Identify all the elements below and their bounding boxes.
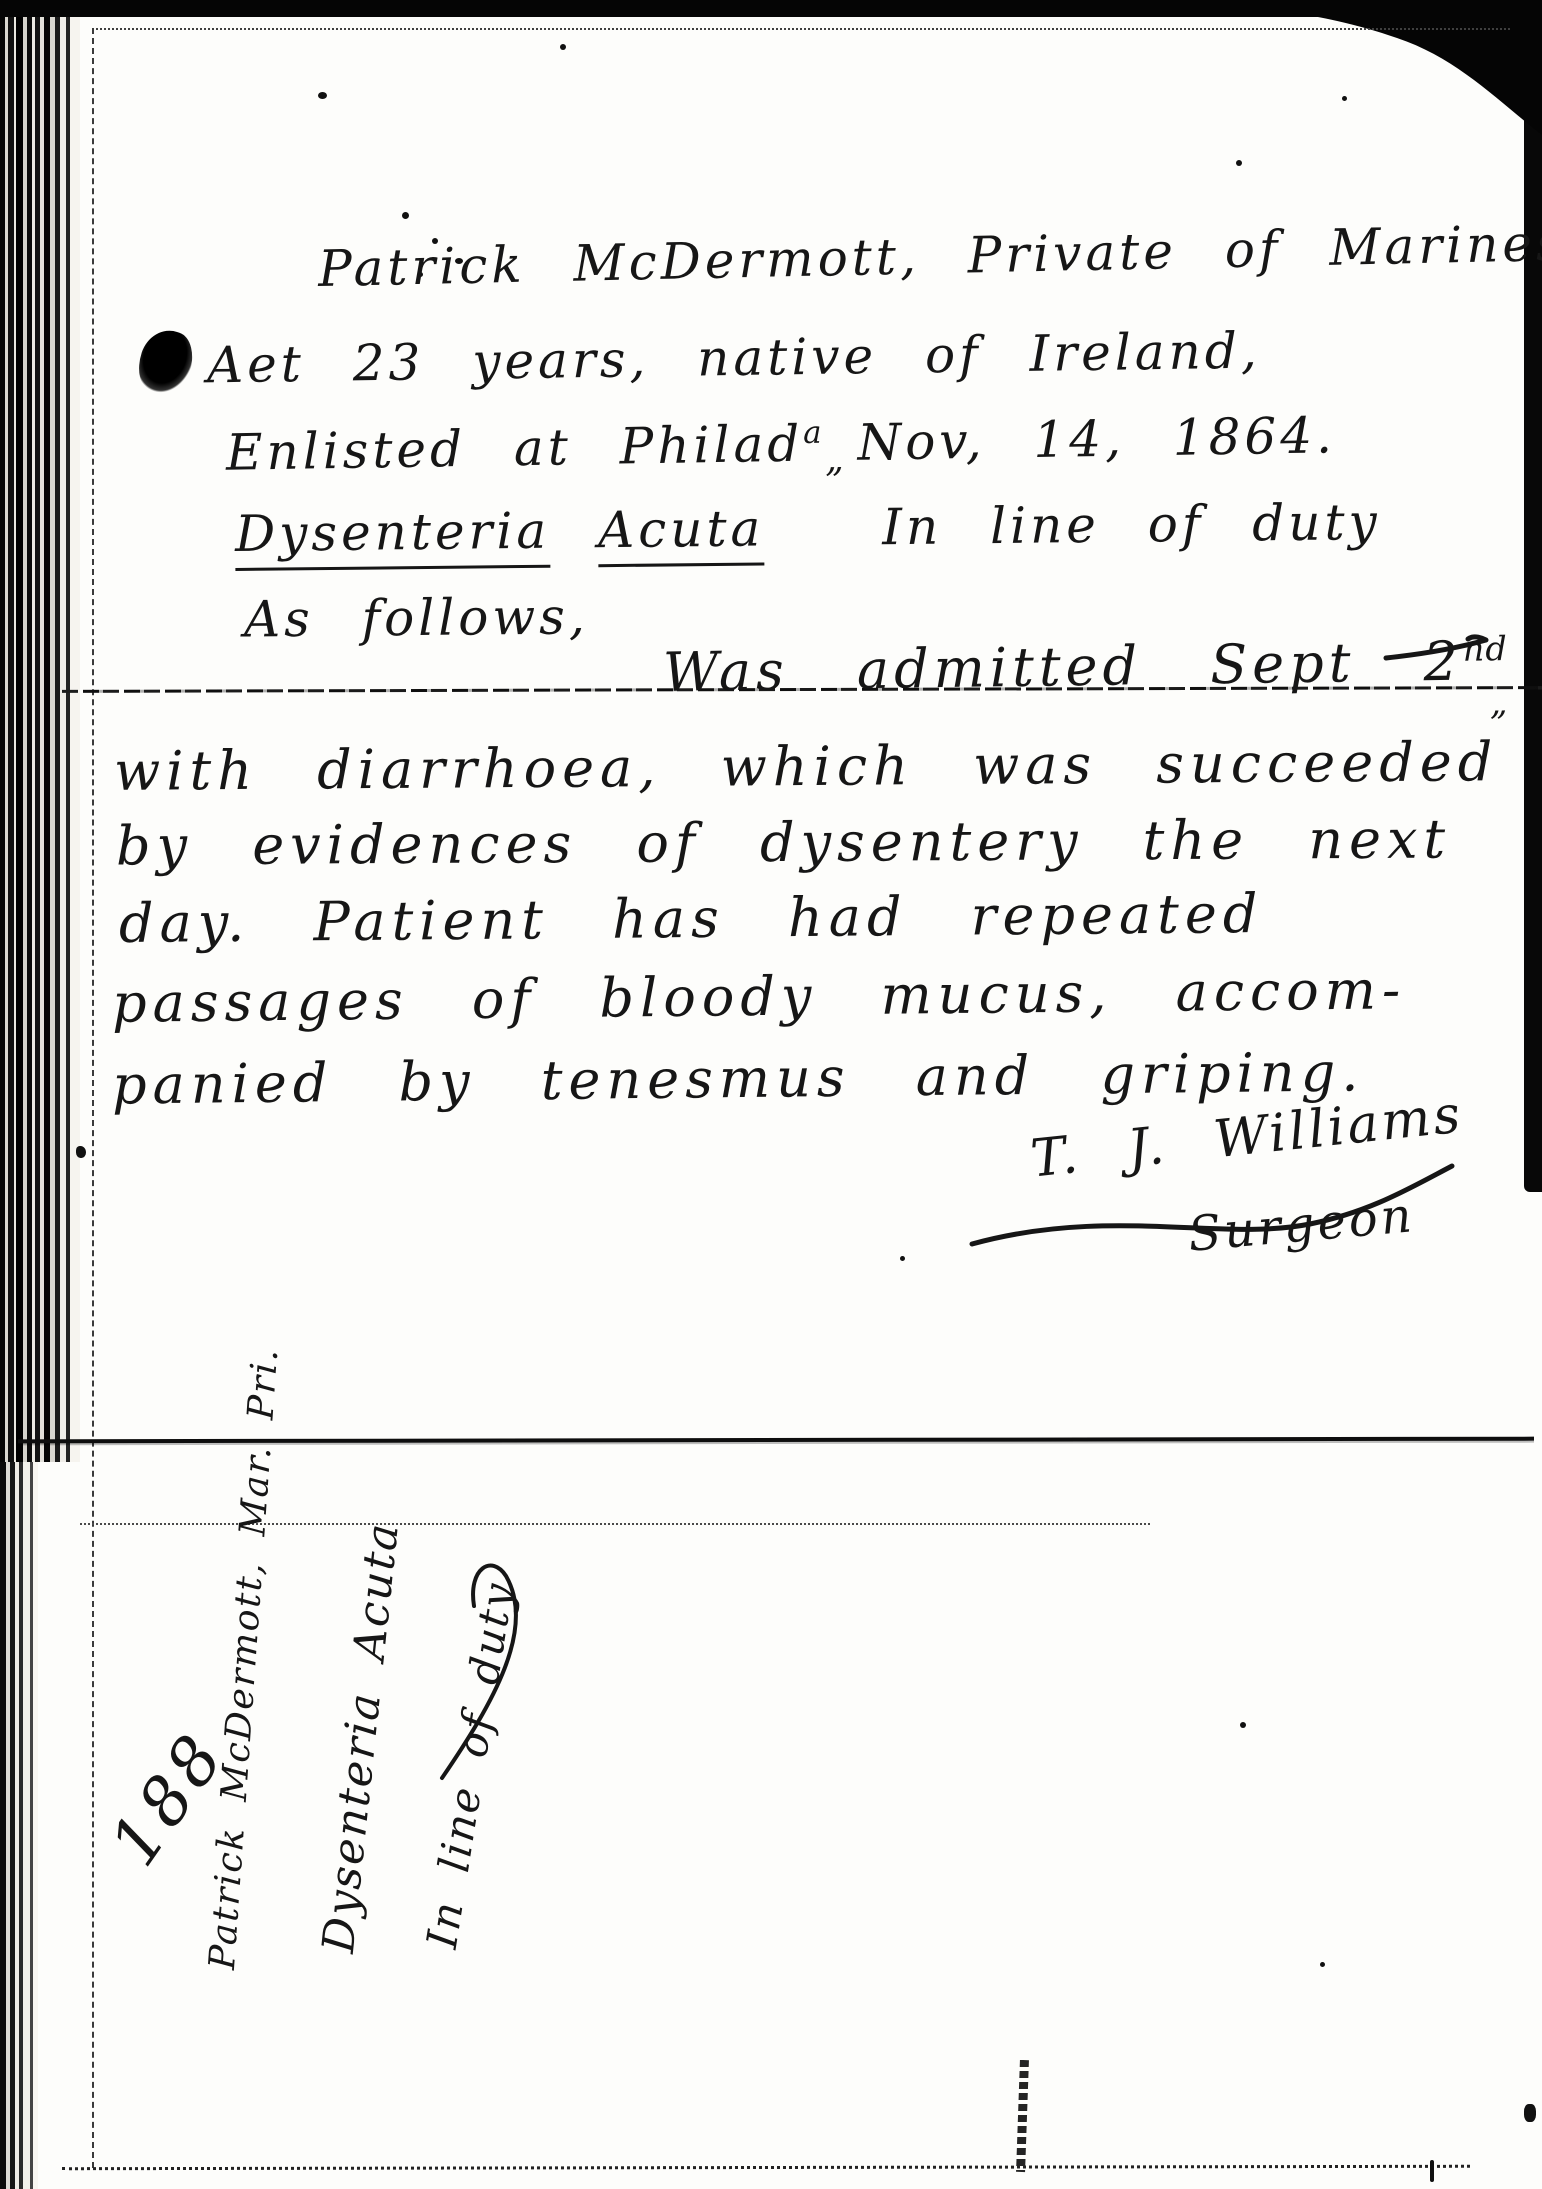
patient-name-line: Patrick McDermott, Private of Marines	[318, 215, 1542, 299]
as-follows-line: As follows,	[244, 588, 589, 649]
diagnosis-line: Dysenteria Acuta In line of duty	[235, 494, 1381, 563]
ink-blot	[131, 324, 200, 401]
ink-speck	[1342, 96, 1347, 101]
note-line: passages of bloody mucus, accom-	[112, 959, 1407, 1035]
book-binding-edge	[0, 0, 80, 1462]
note-line: by evidences of dysentery the next	[116, 809, 1451, 878]
note-line: day. Patient has had repeated	[119, 883, 1264, 955]
enlistment-line: Enlisted at Philada„Nov, 14, 1864.	[226, 407, 1337, 490]
index-flourish	[428, 1552, 558, 1792]
ink-speck	[1320, 1962, 1325, 1967]
ink-speck	[318, 92, 327, 99]
ink-speck	[76, 1146, 86, 1158]
ink-speck	[1236, 160, 1242, 166]
ink-speck	[1240, 1722, 1246, 1728]
bottom-rule	[62, 2165, 1470, 2170]
pen-stray-mark	[1378, 634, 1493, 666]
duty-status: In line of duty	[882, 493, 1381, 556]
enlistment-date: Nov, 14, 1864.	[857, 406, 1336, 472]
enlistment-superscript: a	[803, 415, 823, 451]
admission-text: Was admitted Sept 2	[663, 630, 1464, 704]
ink-speck	[402, 212, 409, 219]
scanned-record-page: Patrick McDermott, Private of Marines Ae…	[0, 0, 1542, 2189]
ink-speck	[1524, 2104, 1536, 2122]
ink-speck	[1430, 2160, 1434, 2182]
ink-speck	[560, 44, 566, 50]
ink-smudge	[1016, 2060, 1029, 2172]
ink-speck	[900, 1256, 905, 1261]
note-line: with diarrhoea, which was succeeded	[114, 731, 1499, 803]
ditto-mark: „	[1490, 684, 1513, 723]
book-binding-edge-lower	[0, 1462, 38, 2189]
note-line: panied by tenesmus and griping.	[112, 1041, 1365, 1116]
index-diagnosis-line: Dysenteria Acuta	[314, 1520, 410, 1956]
enlistment-text: Enlisted at Philad	[226, 415, 804, 482]
page-border-left	[92, 28, 94, 2168]
scan-edge-right	[1524, 0, 1542, 1192]
page-border-top	[96, 28, 1510, 30]
diagnosis-term-2: Acuta	[598, 499, 765, 567]
diagnosis-term: Dysenteria	[235, 502, 551, 571]
ditto-mark: „	[825, 439, 848, 480]
scan-corner-top-right	[1292, 0, 1542, 135]
age-nativity-line: Aet 23 years, native of Ireland,	[207, 323, 1261, 395]
